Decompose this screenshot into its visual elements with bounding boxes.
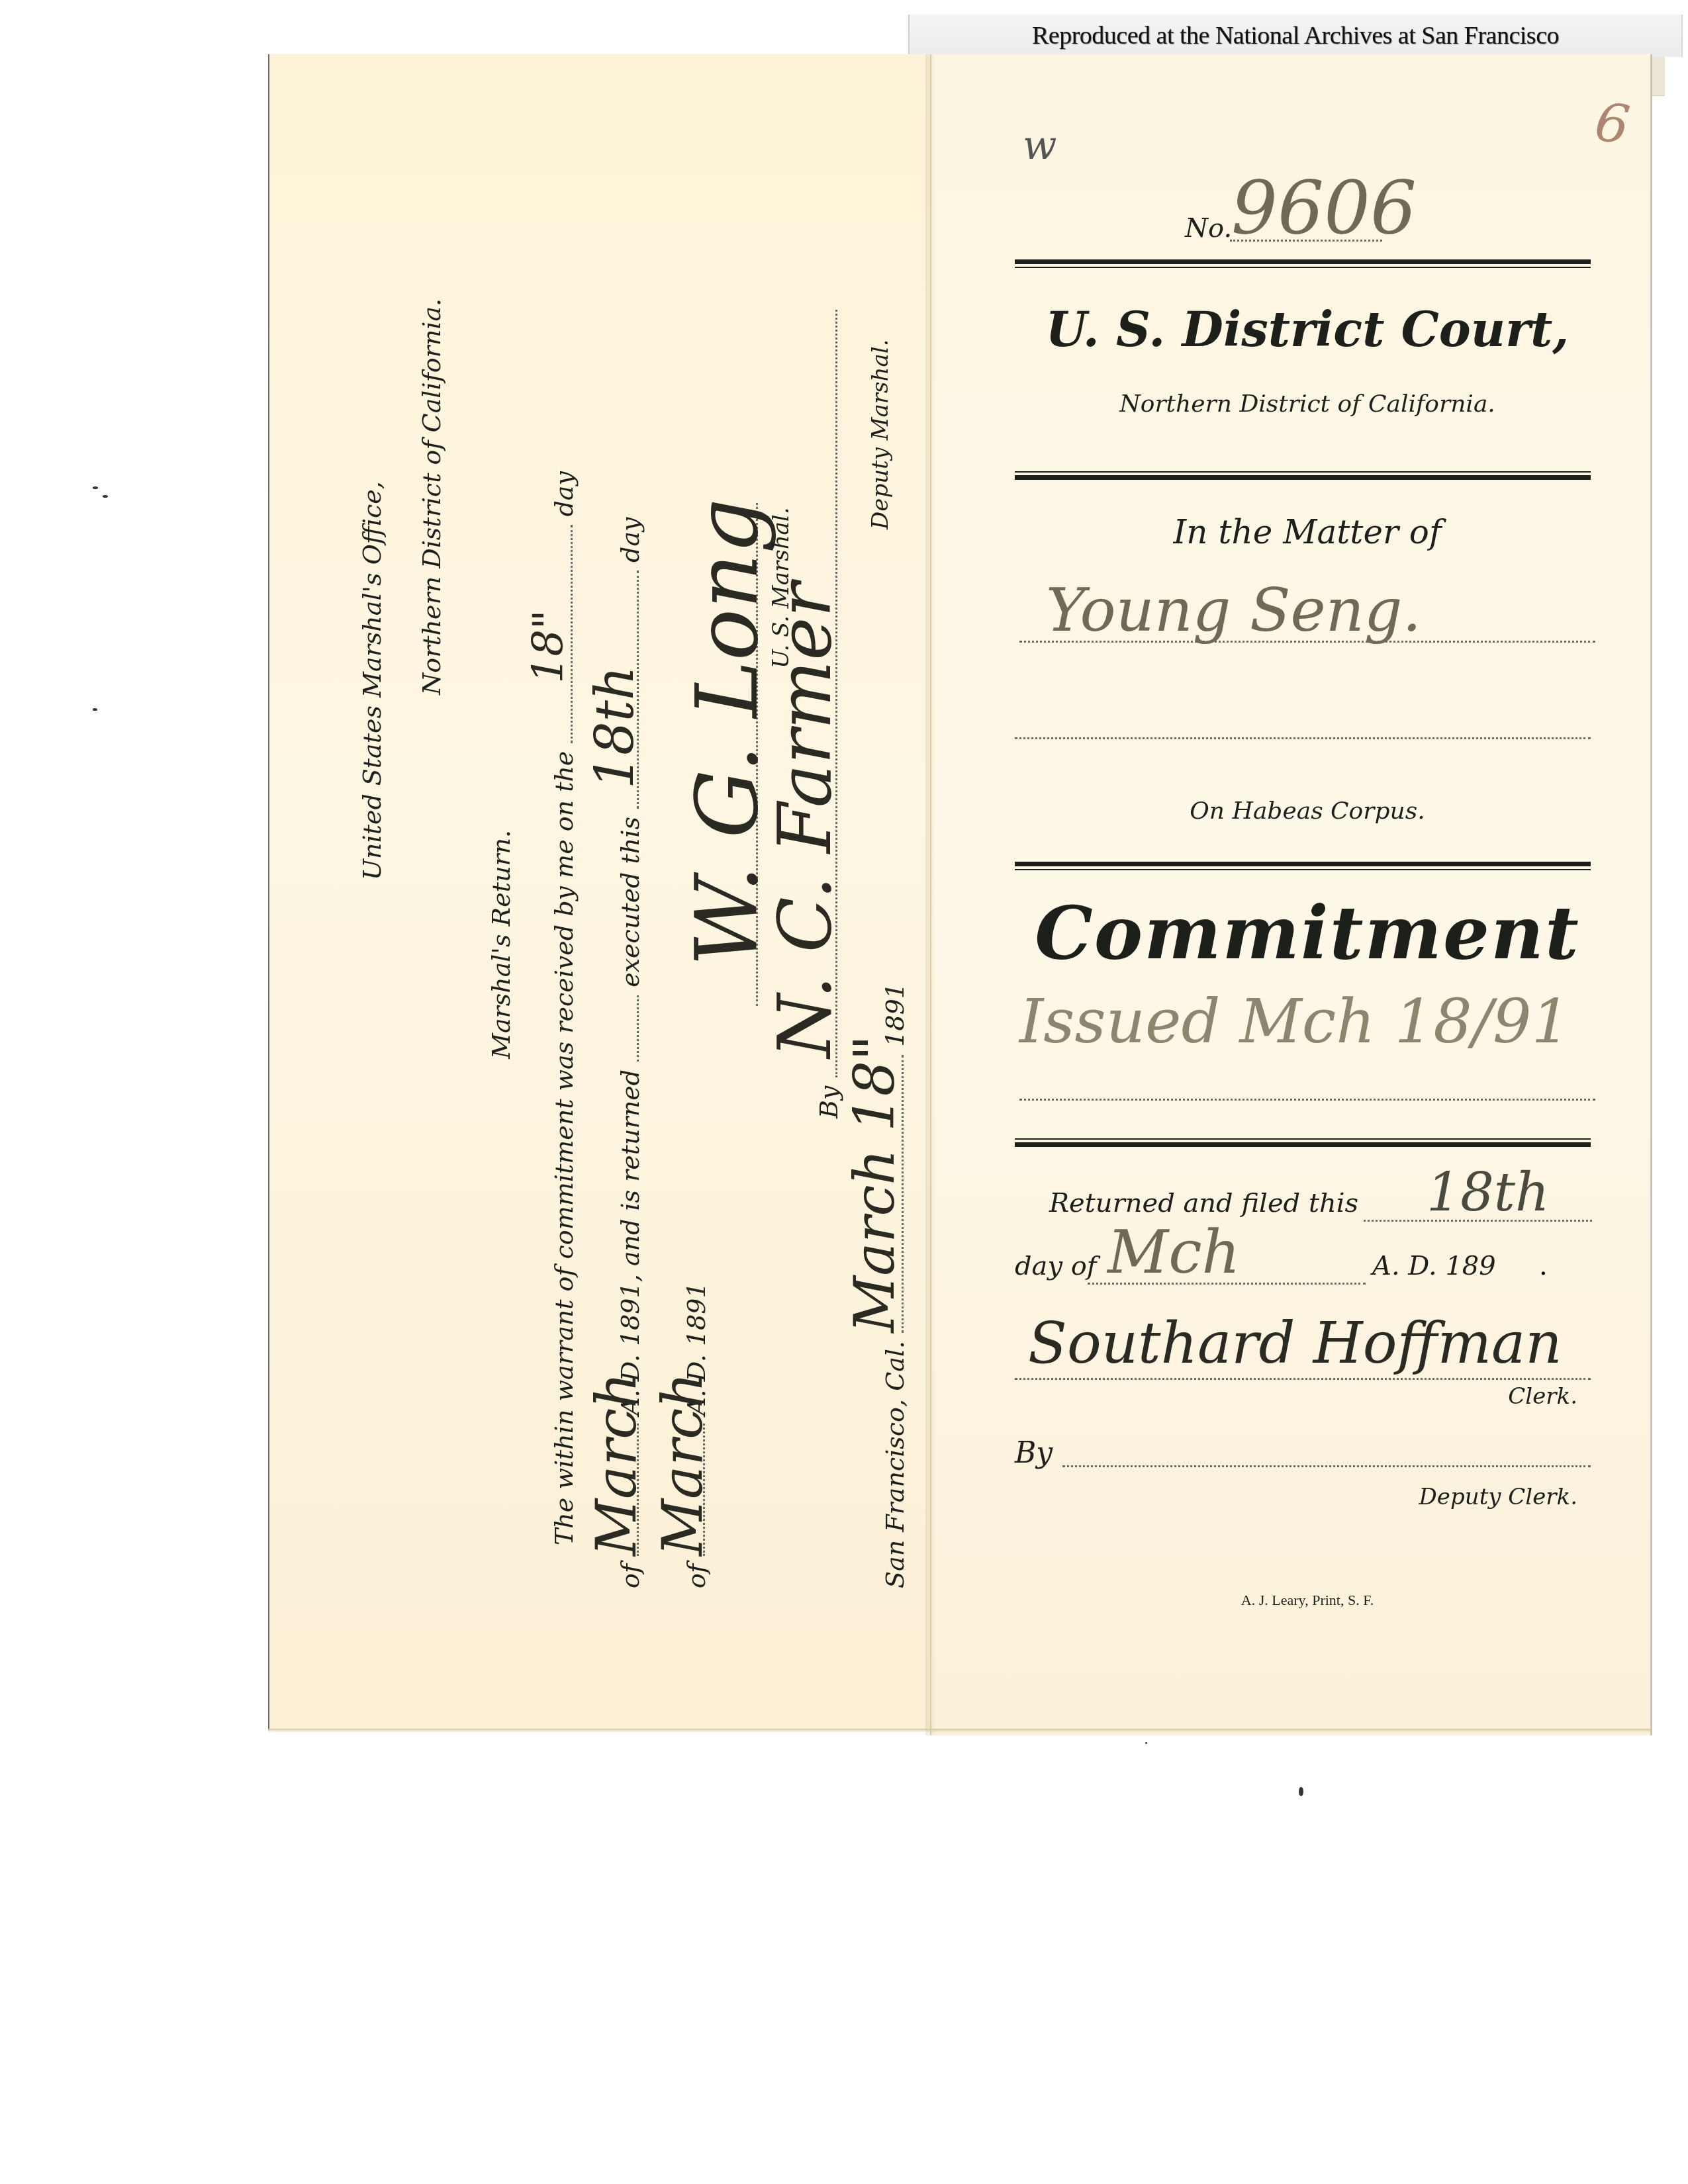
paper-bottom-edge: [268, 1729, 1650, 1733]
handwritten-w-mark: w: [1023, 122, 1056, 169]
clerk-signature: Southard Hoffman: [1028, 1310, 1562, 1377]
case-number-row: No. 9606: [1019, 179, 1595, 251]
clerk-label: Clerk.: [1508, 1383, 1577, 1410]
received-day: 18": [524, 610, 573, 684]
fold-crease: [925, 54, 935, 1735]
executed-year-digit: 1: [682, 1282, 711, 1298]
day-of-label: day of: [1015, 1251, 1097, 1281]
returned-day: 18th: [1427, 1161, 1549, 1223]
archive-stamp: Reproduced at the National Archives at S…: [908, 15, 1683, 57]
by-label: By: [1015, 1436, 1053, 1470]
district-name: Northern District of California.: [1019, 390, 1595, 418]
ad-period: .: [1539, 1251, 1548, 1281]
rule-4: [1015, 1138, 1591, 1148]
scan-speck: [93, 708, 97, 711]
return-body-line2: of March A. D. 1891, and is returned exe…: [616, 517, 645, 1588]
return-body-line1: The within warrant of commitment was rec…: [549, 471, 579, 1545]
matter-name-row: Young Seng.: [1019, 576, 1595, 635]
document-type: Commitment: [1019, 890, 1595, 976]
executed-day: 18th: [584, 666, 645, 789]
executed-month: March: [650, 1373, 715, 1556]
matter-label: In the Matter of: [1019, 513, 1595, 551]
scan-speck: [1145, 1742, 1147, 1744]
marshal-office-line1: United States Marshal's Office,: [357, 481, 387, 880]
deputy-signature-line: By N. C. Farmer: [814, 310, 843, 1119]
rule-3: [1015, 862, 1591, 871]
court-title: U. S. District Court,: [1019, 301, 1595, 357]
day-of-row: day of Mch A. D. 189 .: [1015, 1244, 1591, 1291]
place-year-digit: 1: [880, 983, 910, 999]
matter-line-2: [1015, 737, 1591, 739]
scan-speck: [1299, 1787, 1303, 1796]
number-label: No.: [1185, 213, 1232, 244]
ad-label: A. D. 189: [1372, 1251, 1496, 1281]
place-date-line: San Francisco, Cal. March 18" 1891: [880, 983, 910, 1588]
proceeding-type: On Habeas Corpus.: [1019, 797, 1595, 825]
issued-note: Issued Mch 18/91: [1019, 986, 1570, 1057]
place-date: March 18": [842, 1035, 907, 1333]
deputy-signature: N. C. Farmer: [763, 582, 847, 1058]
deputy-clerk-label: Deputy Clerk.: [1419, 1484, 1577, 1510]
rule-2: [1015, 471, 1591, 480]
issued-note-row: Issued Mch 18/91: [1019, 986, 1595, 1046]
deputy-marshal-label: Deputy Marshal.: [867, 340, 894, 529]
archive-stamp-text: Reproduced at the National Archives at S…: [910, 21, 1681, 50]
rule-top: [1015, 259, 1591, 269]
printer-credit: A. J. Leary, Print, S. F.: [1019, 1592, 1595, 1609]
deputy-clerk-row: By Deputy Clerk.: [1015, 1436, 1591, 1516]
case-number: 9606: [1231, 165, 1417, 250]
marshal-office-line2: Northern District of California.: [417, 298, 446, 695]
marshal-return-heading: Marshal's Return.: [487, 830, 516, 1059]
returned-label: Returned and filed this: [1049, 1188, 1358, 1218]
received-year-digit: 1: [616, 1282, 645, 1298]
returned-month: Mch: [1107, 1218, 1241, 1287]
received-month: March: [584, 1373, 649, 1556]
return-body-line3: of March A. D. 1891: [682, 1282, 711, 1588]
clerk-signature-row: Southard Hoffman Clerk.: [1015, 1317, 1591, 1396]
scan-speck: [93, 486, 98, 489]
marshal-signature-line: W. G. Long: [735, 503, 764, 1006]
matter-name: Young Seng.: [1046, 576, 1421, 645]
scan-speck: [103, 495, 108, 498]
